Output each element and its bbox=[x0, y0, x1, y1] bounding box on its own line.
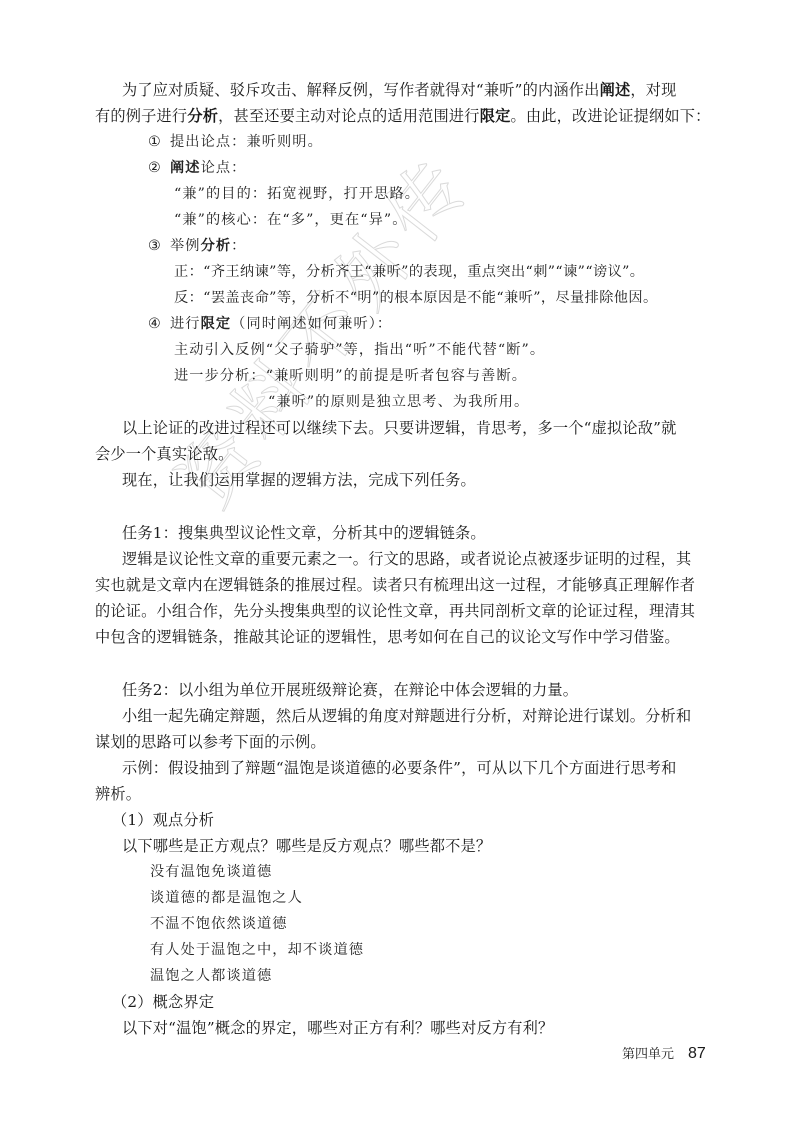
paragraph-line: 为了应对质疑、驳斥攻击、解释反例，写作者就得对“兼听”的内涵作出阐述，对现 bbox=[122, 80, 677, 100]
text: 为了应对质疑、驳斥攻击、解释反例，写作者就得对“兼听”的内涵作出 bbox=[122, 81, 600, 99]
paragraph-line: 逻辑是议论性文章的重要元素之一。行文的思路，或者说论点被逐步证明的过程，其 bbox=[122, 549, 691, 569]
paragraph-line: 有的例子进行分析，甚至还要主动对论点的适用范围进行限定。由此，改进论证提纲如下： bbox=[95, 106, 711, 126]
paragraph-line: 中包含的逻辑链条，推敲其论证的逻辑性，思考如何在自己的议论文写作中学习借鉴。 bbox=[95, 627, 680, 647]
section-1-title: （1）观点分析 bbox=[112, 810, 214, 830]
circled-number: ① bbox=[148, 132, 170, 152]
section-2-question: 以下对“温饱”概念的界定，哪些对正方有利？哪些对反方有利？ bbox=[122, 1018, 553, 1038]
text: 。由此，改进论证提纲如下： bbox=[510, 107, 710, 125]
outline-subitem: “兼”的目的：拓宽视野，打开思路。 bbox=[174, 184, 420, 204]
outline-subitem: “兼听”的原则是独立思考、为我所用。 bbox=[268, 392, 529, 412]
paragraph-line: 以上论证的改进过程还可以继续下去。只要讲逻辑，肯思考，多一个“虚拟论敌”就 bbox=[122, 418, 677, 438]
paragraph-line: 小组一起先确定辩题，然后从逻辑的角度对辩题进行分析，对辩论进行谋划。分析和 bbox=[122, 706, 691, 726]
paragraph-line: 现在，让我们运用掌握的逻辑方法，完成下列任务。 bbox=[122, 470, 476, 490]
textbook-page: 资料不外传 为了应对质疑、驳斥攻击、解释反例，写作者就得对“兼听”的内涵作出阐述… bbox=[0, 0, 794, 1123]
emphasis-term: 分析 bbox=[187, 107, 218, 125]
outline-item-1: ①提出论点：兼听则明。 bbox=[148, 132, 323, 152]
text: ，对现 bbox=[630, 81, 676, 99]
paragraph-line: 实也就是文章内在逻辑链条的推展过程。读者只有梳理出这一过程，才能够真正理解作者 bbox=[95, 575, 695, 595]
paragraph-line: 示例：假设抽到了辩题“温饱是谈道德的必要条件”，可从以下几个方面进行思考和 bbox=[122, 758, 677, 778]
paragraph-line: 辨析。 bbox=[95, 784, 141, 804]
paragraph-line: 谋划的思路可以参考下面的示例。 bbox=[95, 732, 326, 752]
viewpoint-item: 温饱之人都谈道德 bbox=[150, 966, 272, 986]
circled-number: ③ bbox=[148, 236, 170, 256]
unit-label: 第四单元 bbox=[622, 1047, 674, 1062]
page-number: 87 bbox=[688, 1045, 706, 1062]
emphasis-term: 限定 bbox=[480, 107, 511, 125]
text: ，甚至还要主动对论点的适用范围进行 bbox=[218, 107, 480, 125]
section-2-title: （2）概念界定 bbox=[112, 992, 214, 1012]
text: 进行 bbox=[170, 316, 201, 332]
task-1-title: 任务1：搜集典型议论性文章，分析其中的逻辑链条。 bbox=[122, 523, 486, 543]
text: ： bbox=[231, 238, 246, 254]
emphasis-term: 分析 bbox=[201, 238, 232, 254]
outline-subitem: 进一步分析：“兼听则明”的前提是听者包容与善断。 bbox=[174, 366, 527, 386]
outline-item-3: ③举例分析： bbox=[148, 236, 246, 256]
viewpoint-item: 没有温饱免谈道德 bbox=[150, 862, 272, 882]
viewpoint-item: 有人处于温饱之中，却不谈道德 bbox=[150, 940, 364, 960]
section-1-question: 以下哪些是正方观点？哪些是反方观点？哪些都不是？ bbox=[122, 836, 491, 856]
task-2-title: 任务2：以小组为单位开展班级辩论赛，在辩论中体会逻辑的力量。 bbox=[122, 680, 578, 700]
outline-subitem: 主动引入反例“父子骑驴”等，指出“听”不能代替“断”。 bbox=[174, 340, 545, 360]
text: （同时阐述如何兼听）： bbox=[231, 316, 392, 332]
text: 提出论点：兼听则明。 bbox=[170, 134, 323, 150]
emphasis-term: 限定 bbox=[201, 316, 232, 332]
page-footer: 第四单元87 bbox=[622, 1043, 706, 1063]
circled-number: ② bbox=[148, 158, 170, 178]
outline-subitem: 正：“齐王纳谏”等，分析齐王“兼听”的表现，重点突出“刺”“谏”“谤议”。 bbox=[174, 262, 644, 282]
text: 有的例子进行 bbox=[95, 107, 187, 125]
outline-item-2: ②阐述论点： bbox=[148, 158, 246, 178]
emphasis-term: 阐述 bbox=[170, 160, 201, 176]
paragraph-line: 的论证。小组合作，先分头搜集典型的议论性文章，再共同剖析文章的论证过程，理清其 bbox=[95, 601, 695, 621]
viewpoint-item: 不温不饱依然谈道德 bbox=[150, 914, 288, 934]
text: 举例 bbox=[170, 238, 201, 254]
outline-subitem: 反：“罢盖丧命”等，分析不“明”的根本原因是不能“兼听”，尽量排除他因。 bbox=[174, 288, 658, 308]
outline-subitem: “兼”的核心：在“多”，更在“异”。 bbox=[174, 210, 408, 230]
paragraph-line: 会少一个真实论敌。 bbox=[95, 444, 234, 464]
outline-item-4: ④进行限定（同时阐述如何兼听）： bbox=[148, 314, 392, 334]
viewpoint-item: 谈道德的都是温饱之人 bbox=[150, 888, 303, 908]
text: 论点： bbox=[201, 160, 247, 176]
emphasis-term: 阐述 bbox=[600, 81, 631, 99]
circled-number: ④ bbox=[148, 314, 170, 334]
